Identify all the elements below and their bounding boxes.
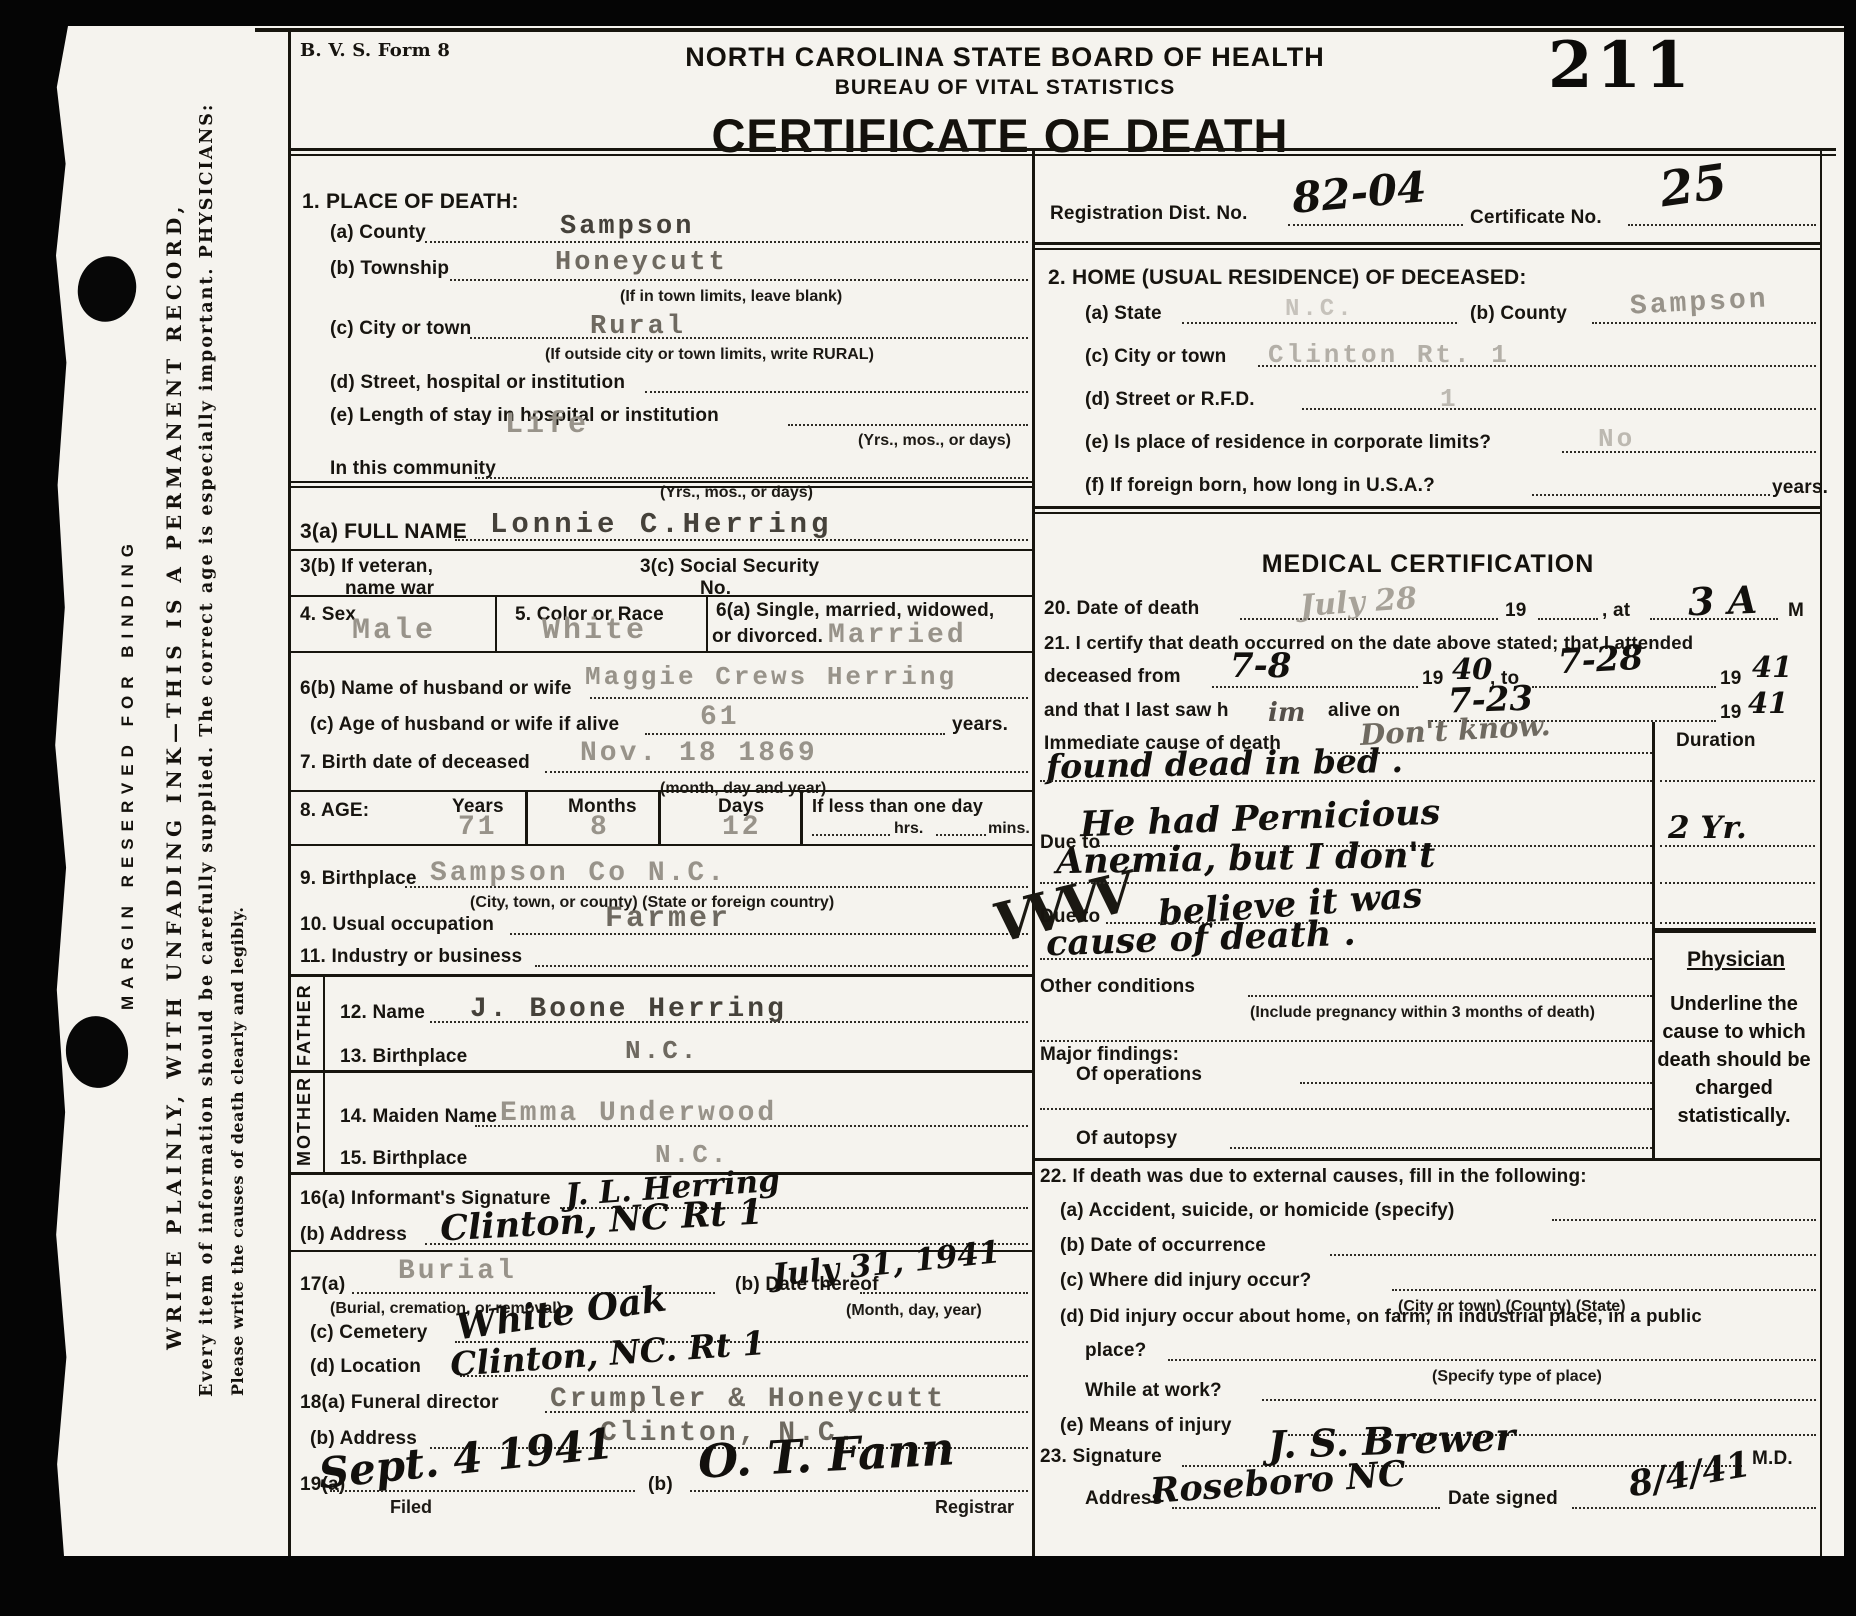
age-days-value: 12	[722, 812, 762, 843]
home-foreign-suffix: years.	[1772, 477, 1828, 499]
external-causes-title: 22. If death was due to external causes,…	[1040, 1166, 1587, 1188]
margin-write-plainly-note: WRITE PLAINLY, WITH UNFADING INK—THIS IS…	[162, 225, 186, 1350]
spouse-age-label: (c) Age of husband or wife if alive	[310, 714, 619, 736]
occupation-value: Farmer	[605, 902, 731, 936]
birthplace-value: Sampson Co N.C.	[430, 858, 727, 889]
saw-year-prefix: 19	[1720, 702, 1742, 724]
dotted-line	[1628, 224, 1816, 226]
dotted-line	[1040, 958, 1652, 960]
disposal-date-note: (Month, day, year)	[846, 1302, 982, 1320]
race-value: White	[542, 614, 647, 648]
dotted-line	[1300, 1082, 1652, 1084]
due-to-1-duration: 2 Yr.	[1668, 810, 1747, 846]
cert-no-value: 25	[1656, 154, 1730, 219]
rule	[288, 154, 1836, 156]
other-conditions-label: Other conditions	[1040, 976, 1195, 998]
dotted-line	[1302, 408, 1816, 410]
spouse-value: Maggie Crews Herring	[585, 662, 957, 692]
father-birthplace-value: N.C.	[625, 1036, 699, 1066]
pod-city-label: (c) City or town	[330, 318, 471, 340]
pod-township-label: (b) Township	[330, 258, 449, 280]
father-side-label: FATHER	[294, 980, 315, 1066]
pod-city-note: (If outside city or town limits, write R…	[545, 346, 874, 364]
due-to-1-line2: Anemia, but I don't	[1056, 835, 1436, 883]
margin-every-item-note: Every item of information should be care…	[197, 52, 217, 1397]
reg-district-label: Registration Dist. No.	[1050, 203, 1248, 225]
filed-note: Filed	[390, 1497, 432, 1518]
dotted-line	[535, 965, 1028, 967]
ssn-label: 3(c) Social Security	[640, 556, 819, 578]
disposal-type-value: Burial	[398, 1256, 517, 1287]
mother-birthplace-value: N.C.	[655, 1140, 729, 1170]
external-d-label-2: place?	[1085, 1340, 1146, 1362]
rule	[288, 486, 1032, 488]
dod-m-label: M	[1788, 600, 1804, 622]
rule	[288, 148, 1836, 151]
dotted-line	[1330, 1254, 1816, 1256]
age-years-value: 71	[458, 812, 498, 843]
pod-street-label: (d) Street, hospital or institution	[330, 372, 625, 394]
dotted-line	[812, 834, 890, 836]
external-b-label: (b) Date of occurrence	[1060, 1235, 1266, 1257]
dotted-line	[1660, 922, 1815, 924]
dotted-line	[1538, 618, 1598, 620]
home-corporate-label: (e) Is place of residence in corporate l…	[1085, 432, 1491, 454]
from-year-prefix: 19	[1422, 668, 1444, 690]
other-conditions-note: (Include pregnancy within 3 months of de…	[1250, 1004, 1595, 1022]
dotted-line	[1592, 322, 1816, 324]
mother-side-label: MOTHER	[294, 1080, 315, 1166]
marital-value: Married	[828, 620, 967, 651]
home-state-value: N.C.	[1285, 296, 1355, 323]
rule	[1655, 928, 1816, 933]
dotted-line	[1212, 686, 1418, 688]
rule	[495, 595, 497, 651]
attended-from-value: 7-8	[1230, 646, 1291, 686]
margin-please-write-note: Please write the causes of death clearly…	[228, 1010, 247, 1396]
dotted-line	[788, 424, 1028, 426]
last-saw-label: and that I last saw h	[1044, 700, 1229, 722]
rule	[288, 844, 1032, 846]
external-c-label: (c) Where did injury occur?	[1060, 1270, 1311, 1292]
registrar-label: (b)	[648, 1474, 673, 1496]
dotted-line	[1660, 780, 1815, 782]
header-bureau: BUREAU OF VITAL STATISTICS	[555, 76, 1455, 100]
dotted-line	[1532, 494, 1770, 496]
rule	[323, 974, 325, 1172]
rule	[706, 595, 708, 651]
father-name-label: 12. Name	[340, 1002, 425, 1024]
duration-label: Duration	[1676, 730, 1756, 752]
external-d-note: (Specify type of place)	[1432, 1368, 1602, 1386]
home-foreign-label: (f) If foreign born, how long in U.S.A.?	[1085, 475, 1435, 497]
form-number: B. V. S. Form 8	[300, 40, 450, 61]
spouse-age-suffix: years.	[952, 714, 1008, 736]
sex-value: Male	[352, 614, 436, 648]
disposal-type-label: 17(a)	[300, 1274, 345, 1296]
dotted-line	[450, 279, 1028, 281]
rule	[1032, 148, 1035, 1556]
external-a-label: (a) Accident, suicide, or homicide (spec…	[1060, 1200, 1455, 1222]
marital-label: 6(a) Single, married, widowed,	[716, 600, 994, 622]
dotted-line	[590, 697, 1028, 699]
rule	[288, 974, 1032, 977]
mother-name-value: Emma Underwood	[500, 1098, 777, 1129]
dotted-line	[1572, 1507, 1816, 1509]
to-year-prefix: 19	[1720, 668, 1742, 690]
home-city-value: Clinton Rt. 1	[1268, 340, 1510, 370]
place-of-death-title: 1. PLACE OF DEATH:	[302, 190, 519, 214]
last-saw-him: im	[1268, 698, 1305, 728]
pod-city-value: Rural	[590, 312, 686, 342]
dotted-line	[690, 1490, 1028, 1492]
physician-note: Underline the cause to which death shoul…	[1648, 990, 1820, 1130]
home-county-label: (b) County	[1470, 303, 1567, 325]
dotted-line	[1040, 1040, 1652, 1042]
md-label: M.D.	[1752, 1448, 1793, 1470]
dotted-line	[1040, 780, 1652, 782]
death-certificate-scan: MARGIN RESERVED FOR BINDING WRITE PLAINL…	[0, 0, 1856, 1616]
fullname-value: Lonnie C.Herring	[490, 508, 832, 541]
dotted-line	[1392, 1289, 1816, 1291]
rule	[800, 790, 803, 844]
dotted-line	[1660, 882, 1815, 884]
rule	[525, 790, 528, 844]
physician-signature-label: 23. Signature	[1040, 1446, 1162, 1468]
age-mins-label: mins.	[988, 820, 1030, 838]
major-findings-label: Major findings:	[1040, 1044, 1179, 1066]
spouse-age-value: 61	[700, 702, 740, 733]
occupation-label: 10. Usual occupation	[300, 914, 494, 936]
saw-year-value: 41	[1748, 686, 1788, 720]
funeral-director-label: 18(a) Funeral director	[300, 1392, 499, 1414]
pod-stay-value: Life	[505, 408, 589, 442]
home-street-label: (d) Street or R.F.D.	[1085, 389, 1255, 411]
rule	[1032, 506, 1822, 509]
sex-label: 4. Sex	[300, 604, 356, 626]
cert-no-label: Certificate No.	[1470, 207, 1602, 229]
rule	[1820, 148, 1822, 1556]
home-street-value: 1	[1440, 384, 1459, 414]
pod-community-label: In this community	[330, 458, 496, 480]
pod-county-label: (a) County	[330, 222, 426, 244]
veteran-label: 3(b) If veteran,	[300, 556, 433, 578]
dotted-line	[425, 241, 1028, 243]
of-operations-label: Of operations	[1076, 1064, 1202, 1086]
while-at-work-label: While at work?	[1085, 1380, 1222, 1402]
attended-to-value: 7-28	[1557, 638, 1644, 682]
date-signed-label: Date signed	[1448, 1488, 1558, 1510]
physician-title: Physician	[1656, 948, 1816, 972]
pod-county-value: Sampson	[560, 212, 694, 242]
date-of-death-label: 20. Date of death	[1044, 598, 1199, 620]
rule	[1032, 512, 1822, 514]
dotted-line	[936, 834, 986, 836]
home-corporate-value: No	[1598, 424, 1635, 454]
dotted-line	[1230, 1147, 1652, 1149]
dotted-line	[470, 337, 1028, 339]
dotted-line	[1660, 845, 1815, 847]
rule	[1032, 242, 1822, 245]
age-hrs-label: hrs.	[894, 820, 923, 838]
age-less-label: If less than one day	[812, 796, 983, 817]
registrar-note: Registrar	[935, 1497, 1014, 1518]
stamp-number: 211	[1548, 28, 1694, 103]
of-autopsy-label: Of autopsy	[1076, 1128, 1177, 1150]
dotted-line	[645, 391, 1028, 393]
informant-address-label: (b) Address	[300, 1224, 407, 1246]
header-org: NORTH CAROLINA STATE BOARD OF HEALTH	[555, 42, 1455, 73]
location-label: (d) Location	[310, 1356, 421, 1378]
industry-label: 11. Industry or business	[300, 946, 522, 968]
dotted-line	[510, 933, 1028, 935]
father-birthplace-label: 13. Birthplace	[340, 1046, 467, 1068]
rule	[288, 1070, 1032, 1073]
pod-stay-note: (Yrs., mos., or days)	[858, 432, 1011, 450]
dotted-line	[860, 1292, 1028, 1294]
rule	[1032, 1158, 1822, 1161]
rule	[288, 549, 1032, 551]
rule	[658, 790, 661, 844]
father-name-value: J. Boone Herring	[470, 994, 787, 1025]
funeral-director-value: Crumpler & Honeycutt	[550, 1384, 946, 1415]
mother-birthplace-label: 15. Birthplace	[340, 1148, 467, 1170]
dotted-line	[330, 1490, 635, 1492]
dotted-line	[1262, 1399, 1816, 1401]
spouse-label: 6(b) Name of husband or wife	[300, 678, 572, 700]
pod-township-value: Honeycutt	[555, 248, 728, 278]
dotted-line	[1552, 1219, 1816, 1221]
marital-label-2: or divorced.	[712, 626, 823, 648]
attended-from-label: deceased from	[1044, 666, 1181, 688]
rule	[1032, 248, 1822, 250]
age-months-value: 8	[590, 812, 610, 843]
rule	[288, 651, 1032, 653]
home-state-label: (a) State	[1085, 303, 1162, 325]
dotted-line	[1248, 995, 1652, 997]
birthplace-label: 9. Birthplace	[300, 868, 417, 890]
medical-certification-title: MEDICAL CERTIFICATION	[1034, 550, 1822, 579]
age-label: 8. AGE:	[300, 800, 369, 822]
rule	[288, 28, 291, 1556]
pod-township-note: (If in town limits, leave blank)	[620, 288, 842, 306]
fullname-label: 3(a) FULL NAME	[300, 520, 467, 544]
dotted-line	[1040, 1108, 1652, 1110]
external-e-label: (e) Means of injury	[1060, 1415, 1232, 1437]
rule	[288, 595, 1032, 597]
to-year-value: 41	[1752, 650, 1792, 684]
home-city-label: (c) City or town	[1085, 346, 1226, 368]
dod-at-label: , at	[1602, 600, 1630, 622]
external-d-label: (d) Did injury occur about home, on farm…	[1060, 1305, 1702, 1327]
dotted-line	[1532, 686, 1716, 688]
dotted-line	[545, 771, 1028, 773]
dotted-line	[1168, 1359, 1816, 1361]
birthdate-value: Nov. 18 1869	[580, 738, 818, 769]
dotted-line	[645, 733, 945, 735]
mother-name-label: 14. Maiden Name	[340, 1106, 497, 1128]
birthdate-label: 7. Birth date of deceased	[300, 752, 530, 774]
cemetery-label: (c) Cemetery	[310, 1322, 428, 1344]
rule	[255, 28, 1844, 32]
dotted-line	[1288, 224, 1463, 226]
dod-year-label: 19	[1505, 600, 1527, 622]
rule	[288, 481, 1032, 483]
margin-binding-note: MARGIN RESERVED FOR BINDING	[118, 540, 138, 1010]
dod-time-value: 3 A	[1687, 577, 1758, 624]
dotted-line	[475, 477, 1028, 479]
home-title: 2. HOME (USUAL RESIDENCE) OF DECEASED:	[1048, 266, 1527, 290]
